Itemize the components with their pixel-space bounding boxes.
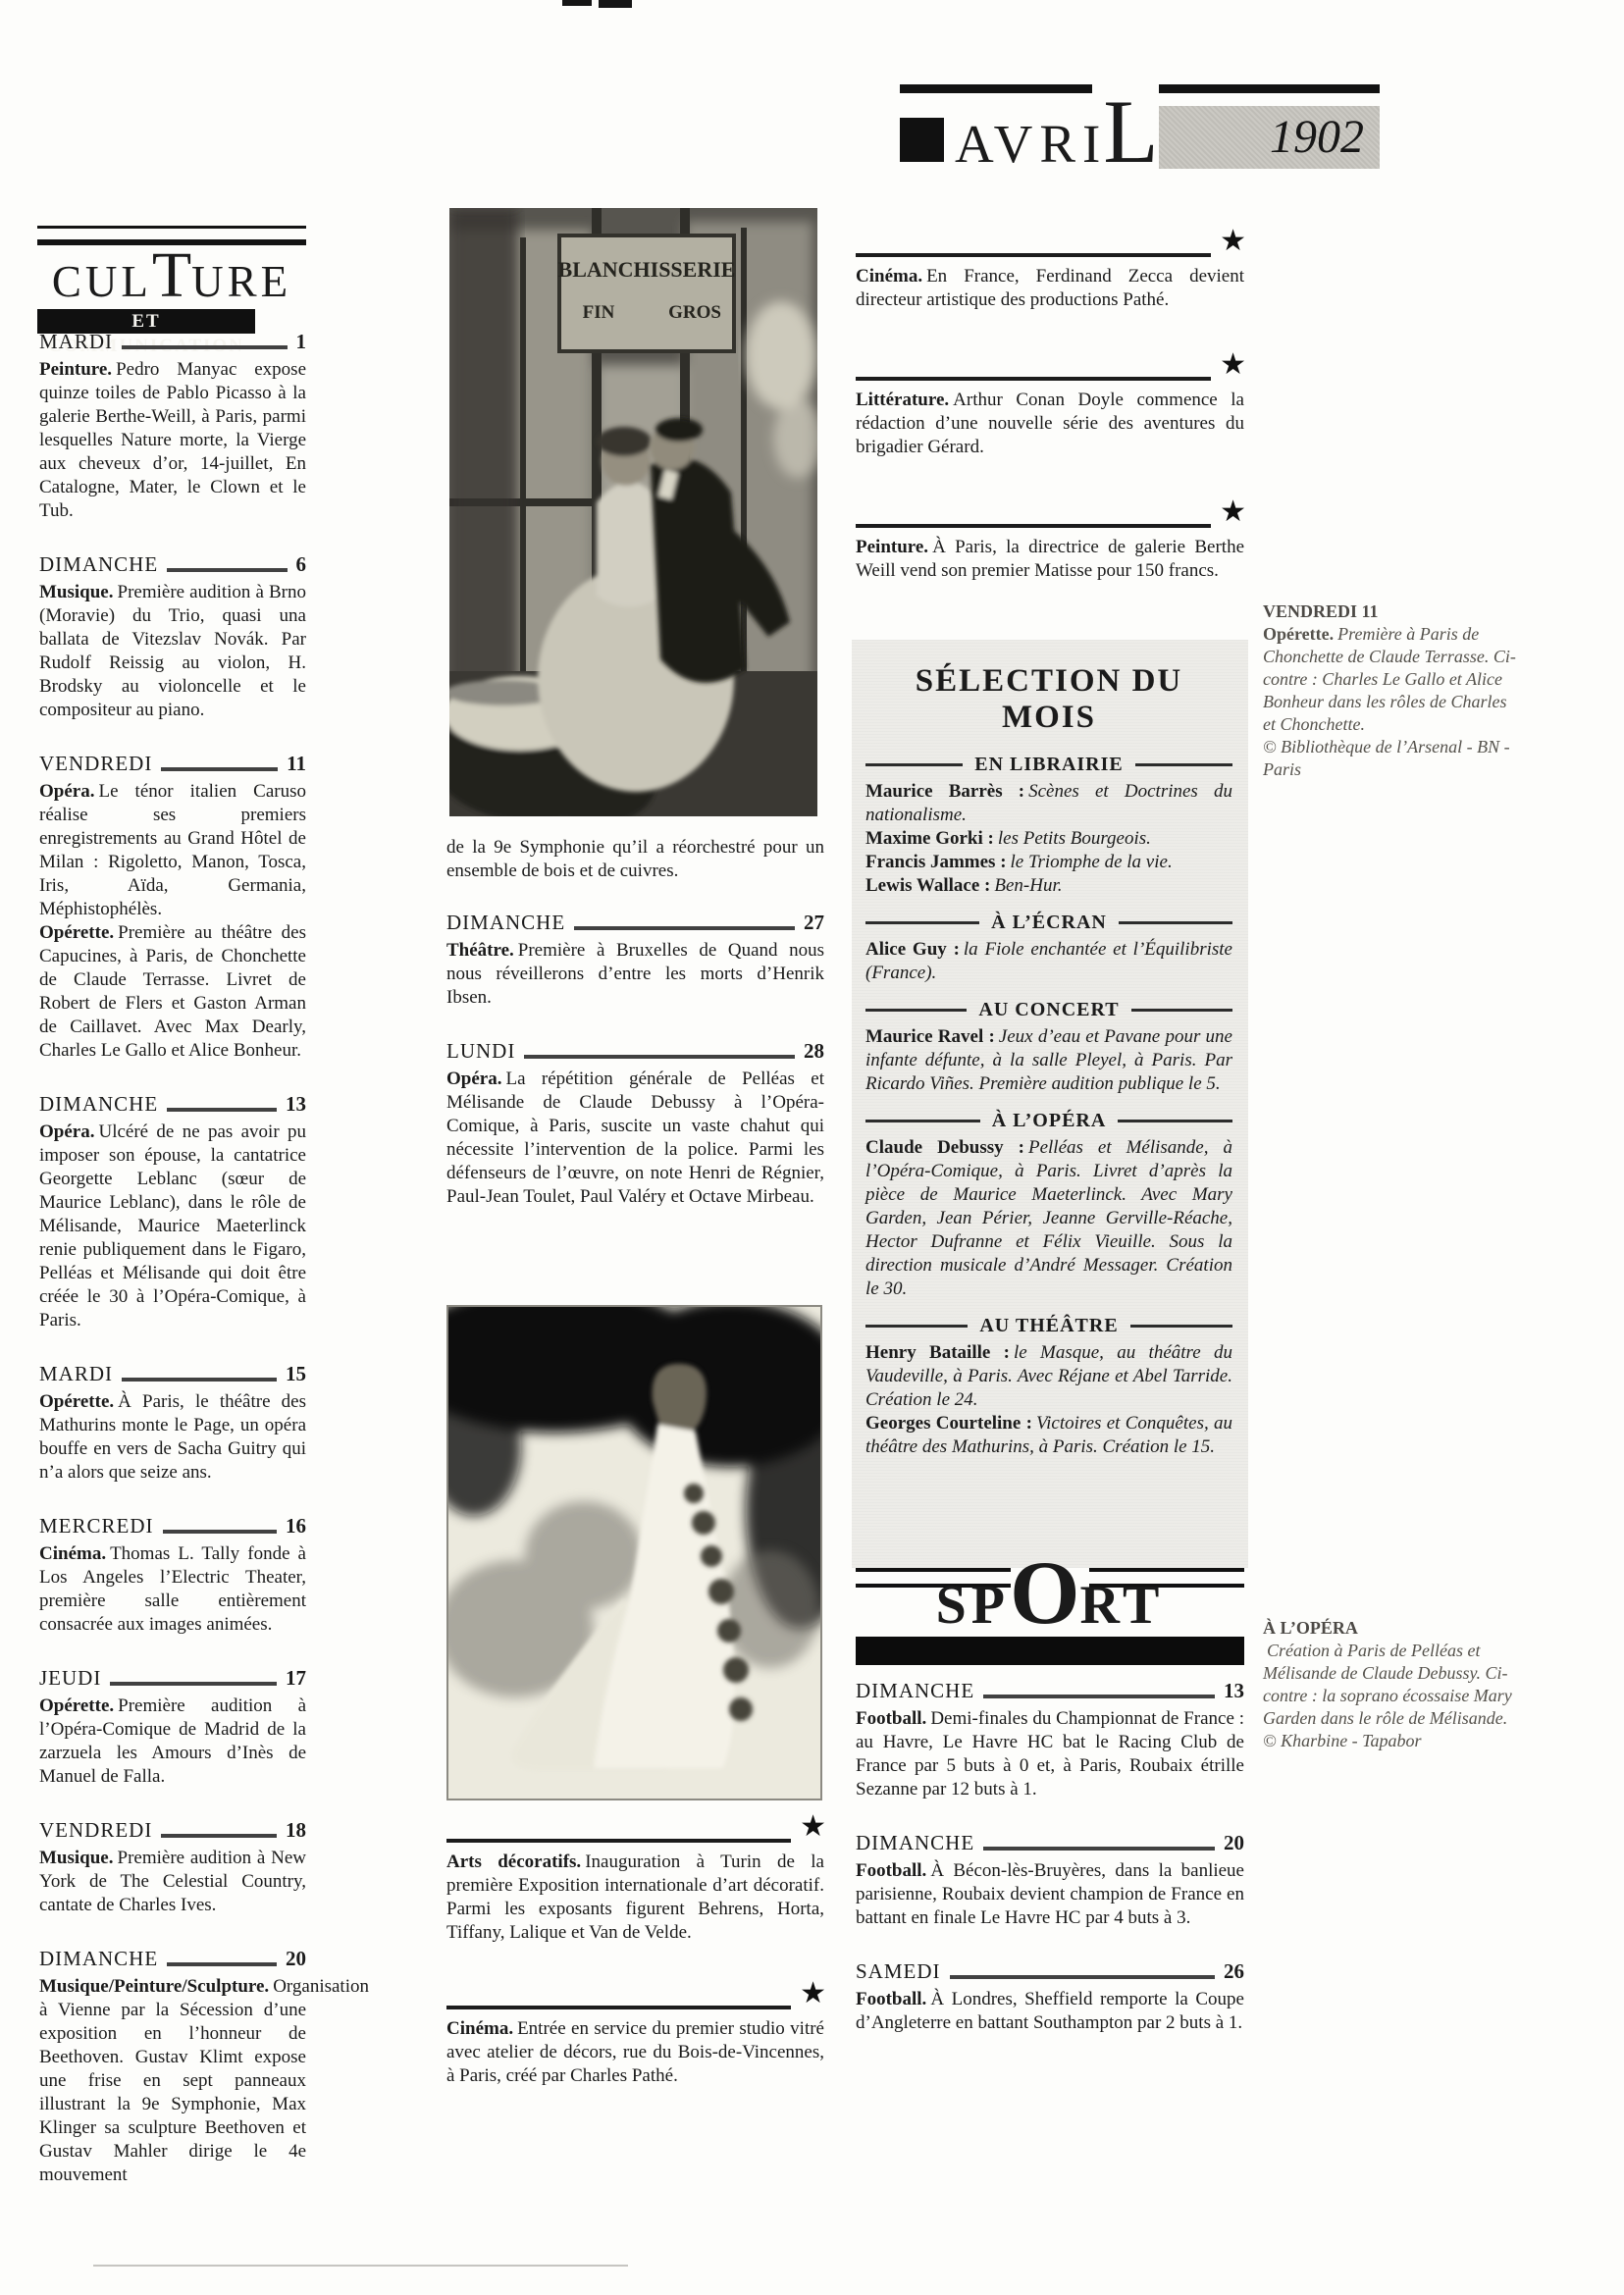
chronicle-entry: VENDREDI 11 Opéra.Le ténor italien Carus… [39, 752, 306, 1063]
selection-section: À L’ÉCRAN Alice Guy :la Fiole enchantée … [865, 912, 1232, 985]
entry-category-label: Cinéma. [446, 2018, 513, 2039]
entry-rule [524, 1055, 795, 1059]
entry-category-label: Opérette. [39, 922, 114, 943]
header-rule-right [1159, 84, 1380, 93]
subhead-label: EN LIBRAIRIE [974, 754, 1123, 776]
entry-rule [161, 1834, 277, 1838]
culture-column-3: ★ Cinéma.En France, Ferdinand Zecca devi… [856, 235, 1244, 630]
selection-item: Maurice Ravel :Jeux d’eau et Pavane pour… [865, 1025, 1232, 1096]
entry-date-number: 18 [286, 1818, 306, 1843]
entry-date-number: 26 [1224, 1959, 1244, 1984]
entry-date-number: 6 [296, 552, 307, 577]
star-entry: ★ Peinture.À Paris, la directrice de gal… [856, 506, 1244, 583]
caption-credit: © Bibliothèque de l’Arsenal - BN - Paris [1263, 736, 1520, 781]
entry-date-number: 1 [296, 330, 307, 354]
chronicle-entry: DIMANCHE 27 Théâtre.Première à Bruxelles… [446, 911, 824, 1010]
star-divider: ★ [446, 1988, 824, 2009]
entry-rule [110, 1682, 277, 1686]
entry-day-label: LUNDI [446, 1039, 515, 1064]
subhead-rule [865, 1325, 968, 1328]
entry-date-number: 13 [286, 1092, 306, 1117]
entry-text: Opérette.Première audition à l’Opéra-Com… [39, 1695, 306, 1789]
sport-title-text: SP [936, 1574, 1010, 1637]
caption-text: Création à Paris de Pelléas et Mélisande… [1263, 1640, 1520, 1730]
star-icon: ★ [800, 1809, 826, 1844]
entry-day-label: DIMANCHE [39, 1092, 158, 1117]
blanchisserie-sign: BLANCHISSERIE FIN GROS [558, 235, 736, 351]
photo-caption-chonchette: VENDREDI 11 Opérette.Première à Paris de… [1263, 600, 1520, 781]
star-divider: ★ [856, 506, 1244, 528]
star-entry: ★ Cinéma.En France, Ferdinand Zecca devi… [856, 235, 1244, 312]
scan-artifact [599, 0, 632, 8]
chronicle-entry: MERCREDI 16 Cinéma.Thomas L. Tally fonde… [39, 1514, 306, 1637]
entry-text: Arts décoratifs.Inauguration à Turin de … [446, 1851, 824, 1945]
entry-category-label: Peinture. [856, 537, 928, 557]
subhead-rule [865, 921, 979, 924]
entry-date-number: 27 [804, 911, 824, 935]
divider-line [446, 2006, 791, 2009]
entry-rule [167, 1108, 277, 1112]
selection-section: AU THÉÂTRE Henry Bataille :le Masque, au… [865, 1315, 1232, 1459]
subhead-label: À L’OPÉRA [992, 1110, 1107, 1132]
entry-text: Peinture.Pedro Manyac expose quinze toil… [39, 358, 306, 523]
sport-title-text: RT [1080, 1574, 1165, 1637]
selection-item: Maurice Barrès :Scènes et Doctrines du n… [865, 780, 1232, 827]
culture-title: CULTURE [37, 247, 306, 307]
selection-section: À L’OPÉRA Claude Debussy :Pelléas et Mél… [865, 1110, 1232, 1301]
entry-rule [167, 1962, 277, 1966]
caption-title: À L’OPÉRA [1263, 1617, 1520, 1640]
star-divider: ★ [856, 359, 1244, 381]
selection-item-author: Lewis Wallace : [865, 875, 990, 896]
entry-category-label: Peinture. [39, 359, 112, 380]
entry-day-label: DIMANCHE [39, 1947, 158, 1971]
star-entry: ★ Arts décoratifs.Inauguration à Turin d… [446, 1821, 824, 1945]
entry-day-label: MERCREDI [39, 1514, 154, 1539]
entry-body-text: Première au théâtre des Capucines, à Par… [39, 922, 306, 1061]
selection-item-work: Ben-Hur. [994, 875, 1062, 896]
chronicle-entry: MARDI 1 Peinture.Pedro Manyac expose qui… [39, 330, 306, 523]
chronicle-entry: DIMANCHE 20 Musique/Peinture/Sculpture.O… [39, 1947, 306, 2187]
year-label: 1902 [1270, 111, 1380, 163]
culture-column-2: de la 9e Symphonie qu’il a réorchestré p… [446, 836, 824, 1238]
entry-day-label: DIMANCHE [39, 552, 158, 577]
scan-artifact [93, 2265, 628, 2267]
selection-item: Claude Debussy :Pelléas et Mélisande, à … [865, 1136, 1232, 1301]
entry-day-row: MARDI 15 [39, 1362, 306, 1386]
selection-item-author: Francis Jammes : [865, 852, 1007, 872]
selection-item-author: Alice Guy : [865, 939, 960, 960]
entry-category-label: Théâtre. [446, 940, 514, 961]
entry-category-label: Musique. [39, 1848, 114, 1868]
entry-date-number: 17 [286, 1666, 306, 1691]
entry-day-row: SAMEDI 26 [856, 1959, 1244, 1984]
entry-day-row: MERCREDI 16 [39, 1514, 306, 1539]
sport-title-bigO: O [1010, 1548, 1080, 1637]
selection-section: EN LIBRAIRIE Maurice Barrès :Scènes et D… [865, 754, 1232, 898]
chronicle-entry: JEUDI 17 Opérette.Première audition à l’… [39, 1666, 306, 1789]
entry-continuation-text: de la 9e Symphonie qu’il a réorchestré p… [446, 836, 824, 883]
entry-rule [574, 926, 795, 930]
subhead-rule [1119, 921, 1232, 924]
caption-lead: Opérette. [1263, 624, 1334, 644]
entry-rule [163, 1530, 277, 1534]
entry-date-number: 20 [1224, 1831, 1244, 1855]
divider-line [856, 377, 1211, 381]
star-entry: ★ Cinéma.Entrée en service du premier st… [446, 1988, 824, 2088]
entry-day-row: JEUDI 17 [39, 1666, 306, 1691]
entry-text: Cinéma.Thomas L. Tally fonde à Los Angel… [39, 1542, 306, 1637]
star-entry: ★ Littérature.Arthur Conan Doyle commenc… [856, 359, 1244, 459]
selection-du-mois-box: SÉLECTION DU MOIS EN LIBRAIRIE Maurice B… [852, 640, 1248, 1568]
entry-text: Peinture.À Paris, la directrice de galer… [856, 536, 1244, 583]
selection-item-author: Claude Debussy : [865, 1137, 1024, 1158]
chronicle-entry: DIMANCHE 13 Football.Demi-finales du Cha… [856, 1679, 1244, 1801]
entry-text: Cinéma.En France, Ferdinand Zecca devien… [856, 265, 1244, 312]
entry-rule [983, 1695, 1215, 1698]
entry-text: Opérette.À Paris, le théâtre des Mathuri… [39, 1390, 306, 1485]
chronicle-entry: VENDREDI 18 Musique.Première audition à … [39, 1818, 306, 1917]
culture-column-2-stars: ★ Arts décoratifs.Inauguration à Turin d… [446, 1821, 824, 2131]
sport-section: SPORT DIMANCHE 13 Football.Demi-finales … [856, 1562, 1244, 2064]
entry-category-label: Football. [856, 1860, 926, 1881]
entry-day-label: VENDREDI [39, 752, 152, 776]
entry-rule [122, 1378, 277, 1382]
entry-day-row: DIMANCHE 27 [446, 911, 824, 935]
selection-subhead: À L’OPÉRA [865, 1110, 1232, 1132]
subhead-label: AU THÉÂTRE [979, 1315, 1118, 1337]
selection-item: Alice Guy :la Fiole enchantée et l’Équil… [865, 938, 1232, 985]
culture-title-text: CUL [52, 256, 152, 307]
culture-title-bigT: T [152, 247, 191, 304]
month-header: AVRIL 1902 [900, 84, 1380, 186]
entry-day-row: MARDI 1 [39, 330, 306, 354]
magazine-page: AVRIL 1902 CULTURE ET COMMUNICATION MARD… [0, 0, 1624, 2295]
subhead-label: AU CONCERT [978, 999, 1119, 1021]
entry-category-label: Opérette. [39, 1695, 114, 1716]
entry-category-label: Musique/Peinture/Sculpture. [39, 1976, 269, 1997]
entry-date-number: 15 [286, 1362, 306, 1386]
entry-date-number: 11 [287, 752, 306, 776]
entry-rule [950, 1975, 1215, 1979]
entry-day-label: SAMEDI [856, 1959, 941, 1984]
selection-item-author: Georges Courteline : [865, 1413, 1032, 1434]
entry-day-row: DIMANCHE 13 [856, 1679, 1244, 1703]
entry-body-text: Le ténor italien Caruso réalise ses prem… [39, 781, 306, 919]
selection-item: Georges Courteline :Victoires et Conquêt… [865, 1412, 1232, 1459]
selection-subhead: EN LIBRAIRIE [865, 754, 1232, 776]
entry-body-text: Première audition à Brno (Moravie) du Tr… [39, 582, 306, 720]
selection-item-author: Henry Bataille : [865, 1342, 1010, 1363]
month-title-text: AVRI [955, 97, 1107, 191]
entry-date-number: 20 [286, 1947, 306, 1971]
divider-line [446, 1839, 791, 1843]
entry-day-label: DIMANCHE [856, 1679, 974, 1703]
subhead-rule [1130, 1325, 1232, 1328]
entry-category-label: Opérette. [39, 1391, 114, 1412]
entry-text: Opérette.Première au théâtre des Capucin… [39, 921, 306, 1063]
entry-text: Football.À Londres, Sheffield remporte l… [856, 1988, 1244, 2035]
entry-day-row: LUNDI 28 [446, 1039, 824, 1064]
chronicle-entry: LUNDI 28 Opéra.La répétition générale de… [446, 1039, 824, 1209]
entry-category-label: Football. [856, 1708, 926, 1729]
selection-subhead: AU THÉÂTRE [865, 1315, 1232, 1337]
selection-item: Maxime Gorki :les Petits Bourgeois. [865, 827, 1232, 851]
chronicle-entry: MARDI 15 Opérette.À Paris, le théâtre de… [39, 1362, 306, 1485]
entry-day-row: VENDREDI 11 [39, 752, 306, 776]
star-divider: ★ [856, 235, 1244, 257]
year-box: 1902 [1159, 106, 1380, 169]
entry-text: Musique.Première audition à Brno (Moravi… [39, 581, 306, 722]
sport-section-header: SPORT [856, 1562, 1244, 1637]
divider-line [856, 253, 1211, 257]
photo-mary-garden-illustration [446, 1305, 822, 1800]
entry-rule [122, 345, 287, 349]
chronicle-entry: SAMEDI 26 Football.À Londres, Sheffield … [856, 1959, 1244, 2035]
sign-line-1: BLANCHISSERIE [558, 257, 736, 282]
selection-subhead: AU CONCERT [865, 999, 1232, 1021]
star-icon: ★ [1220, 347, 1246, 382]
entry-body-text: Ulcéré de ne pas avoir pu imposer son ép… [39, 1121, 306, 1330]
selection-item-work: le Triomphe de la vie. [1011, 852, 1173, 872]
photo-mary-garden [446, 1305, 822, 1800]
selection-item: Lewis Wallace :Ben-Hur. [865, 874, 1232, 898]
chronicle-entry: DIMANCHE 20 Football.À Bécon-lès-Bruyère… [856, 1831, 1244, 1930]
selection-section: AU CONCERT Maurice Ravel :Jeux d’eau et … [865, 999, 1232, 1096]
entry-category-label: Opéra. [446, 1069, 501, 1089]
selection-item-work: les Petits Bourgeois. [998, 828, 1151, 849]
photo-chonchette-scene: BLANCHISSERIE FIN GROS [449, 208, 817, 816]
entry-rule [161, 767, 278, 771]
entry-day-label: MARDI [39, 330, 113, 354]
month-title: AVRIL [955, 84, 1159, 179]
sign-fin: FIN [583, 302, 615, 323]
entry-rule [167, 568, 287, 572]
entry-text: Musique/Peinture/Sculpture.Organisation … [39, 1975, 306, 2187]
entry-text: Opéra.La répétition générale de Pelléas … [446, 1068, 824, 1209]
selection-title: SÉLECTION DU MOIS [865, 663, 1232, 736]
selection-subhead: À L’ÉCRAN [865, 912, 1232, 934]
sign-gros: GROS [668, 302, 721, 323]
entry-date-number: 16 [286, 1514, 306, 1539]
entry-text: Football.Demi-finales du Championnat de … [856, 1707, 1244, 1801]
entry-day-label: MARDI [39, 1362, 113, 1386]
entry-body-text: La répétition générale de Pelléas et Mél… [446, 1069, 824, 1207]
caption-credit: © Kharbine - Tapabor [1263, 1730, 1520, 1752]
subhead-rule [865, 1009, 967, 1012]
subhead-rule [865, 1120, 980, 1122]
entry-date-number: 13 [1224, 1679, 1244, 1703]
entry-category-label: Cinéma. [856, 266, 922, 287]
culture-title-text: URE [191, 256, 291, 307]
star-icon: ★ [1220, 224, 1246, 258]
selection-item-author: Maurice Ravel : [865, 1026, 995, 1047]
entry-category-label: Football. [856, 1989, 926, 2009]
photo-caption-mary-garden: À L’OPÉRA Création à Paris de Pelléas et… [1263, 1617, 1520, 1752]
entry-text: Cinéma.Entrée en service du premier stud… [446, 2017, 824, 2088]
entry-day-row: DIMANCHE 6 [39, 552, 306, 577]
subhead-rule [865, 763, 963, 766]
month-title-initial: L [1103, 84, 1158, 179]
subhead-label: À L’ÉCRAN [991, 912, 1107, 934]
entry-category-label: Opéra. [39, 1121, 94, 1142]
sport-title: SPORT [856, 1548, 1244, 1637]
selection-item-author: Maurice Barrès : [865, 781, 1024, 802]
chronicle-entry: DIMANCHE 6 Musique.Première audition à B… [39, 552, 306, 722]
entry-day-row: DIMANCHE 20 [856, 1831, 1244, 1855]
entry-day-label: VENDREDI [39, 1818, 152, 1843]
entry-text: Football.À Bécon-lès-Bruyères, dans la b… [856, 1859, 1244, 1930]
entry-day-label: DIMANCHE [446, 911, 565, 935]
entry-day-row: DIMANCHE 20 [39, 1947, 306, 1971]
entry-category-label: Arts décoratifs. [446, 1852, 581, 1872]
entry-text: Opéra.Le ténor italien Caruso réalise se… [39, 780, 306, 921]
selection-item: Henry Bataille :le Masque, au théâtre du… [865, 1341, 1232, 1412]
caption-body: Création à Paris de Pelléas et Mélisande… [1263, 1641, 1512, 1728]
entry-day-row: DIMANCHE 13 [39, 1092, 306, 1117]
entry-text: Musique.Première audition à New York de … [39, 1847, 306, 1917]
header-black-square-icon [900, 118, 944, 162]
selection-item-author: Maxime Gorki : [865, 828, 994, 849]
culture-column-1: MARDI 1 Peinture.Pedro Manyac expose qui… [39, 330, 306, 2217]
entry-date-number: 28 [804, 1039, 824, 1064]
caption-title: VENDREDI 11 [1263, 600, 1520, 623]
entry-day-label: JEUDI [39, 1666, 101, 1691]
selection-item-work: Pelléas et Mélisande, à l’Opéra-Comique,… [865, 1137, 1232, 1299]
entry-category-label: Musique. [39, 582, 114, 602]
subhead-rule [1135, 763, 1232, 766]
entry-category-label: Littérature. [856, 390, 949, 410]
subhead-rule [1118, 1120, 1232, 1122]
entry-rule [983, 1847, 1215, 1851]
entry-text: Théâtre.Première à Bruxelles de Quand no… [446, 939, 824, 1010]
photo-chonchette-illustration: BLANCHISSERIE FIN GROS [449, 208, 817, 816]
entry-body-text: Pedro Manyac expose quinze toiles de Pab… [39, 359, 306, 521]
entry-day-label: DIMANCHE [856, 1831, 974, 1855]
scan-artifact [562, 0, 592, 6]
entry-category-label: Cinéma. [39, 1543, 106, 1564]
entry-day-row: VENDREDI 18 [39, 1818, 306, 1843]
entry-body-text: Organisation à Vienne par la Sécession d… [39, 1976, 369, 2185]
star-icon: ★ [800, 1976, 826, 2010]
star-icon: ★ [1220, 495, 1246, 529]
selection-item: Francis Jammes :le Triomphe de la vie. [865, 851, 1232, 874]
entry-text: Opéra.Ulcéré de ne pas avoir pu imposer … [39, 1121, 306, 1332]
subhead-rule [1131, 1009, 1232, 1012]
caption-text: Opérette.Première à Paris de Chonchette … [1263, 623, 1520, 736]
divider-line [856, 524, 1211, 528]
entry-category-label: Opéra. [39, 781, 94, 802]
star-divider: ★ [446, 1821, 824, 1843]
chronicle-entry: DIMANCHE 13 Opéra.Ulcéré de ne pas avoir… [39, 1092, 306, 1332]
entry-text: Littérature.Arthur Conan Doyle commence … [856, 389, 1244, 459]
culture-section-header: CULTURE ET COMMUNICATION [37, 226, 306, 334]
